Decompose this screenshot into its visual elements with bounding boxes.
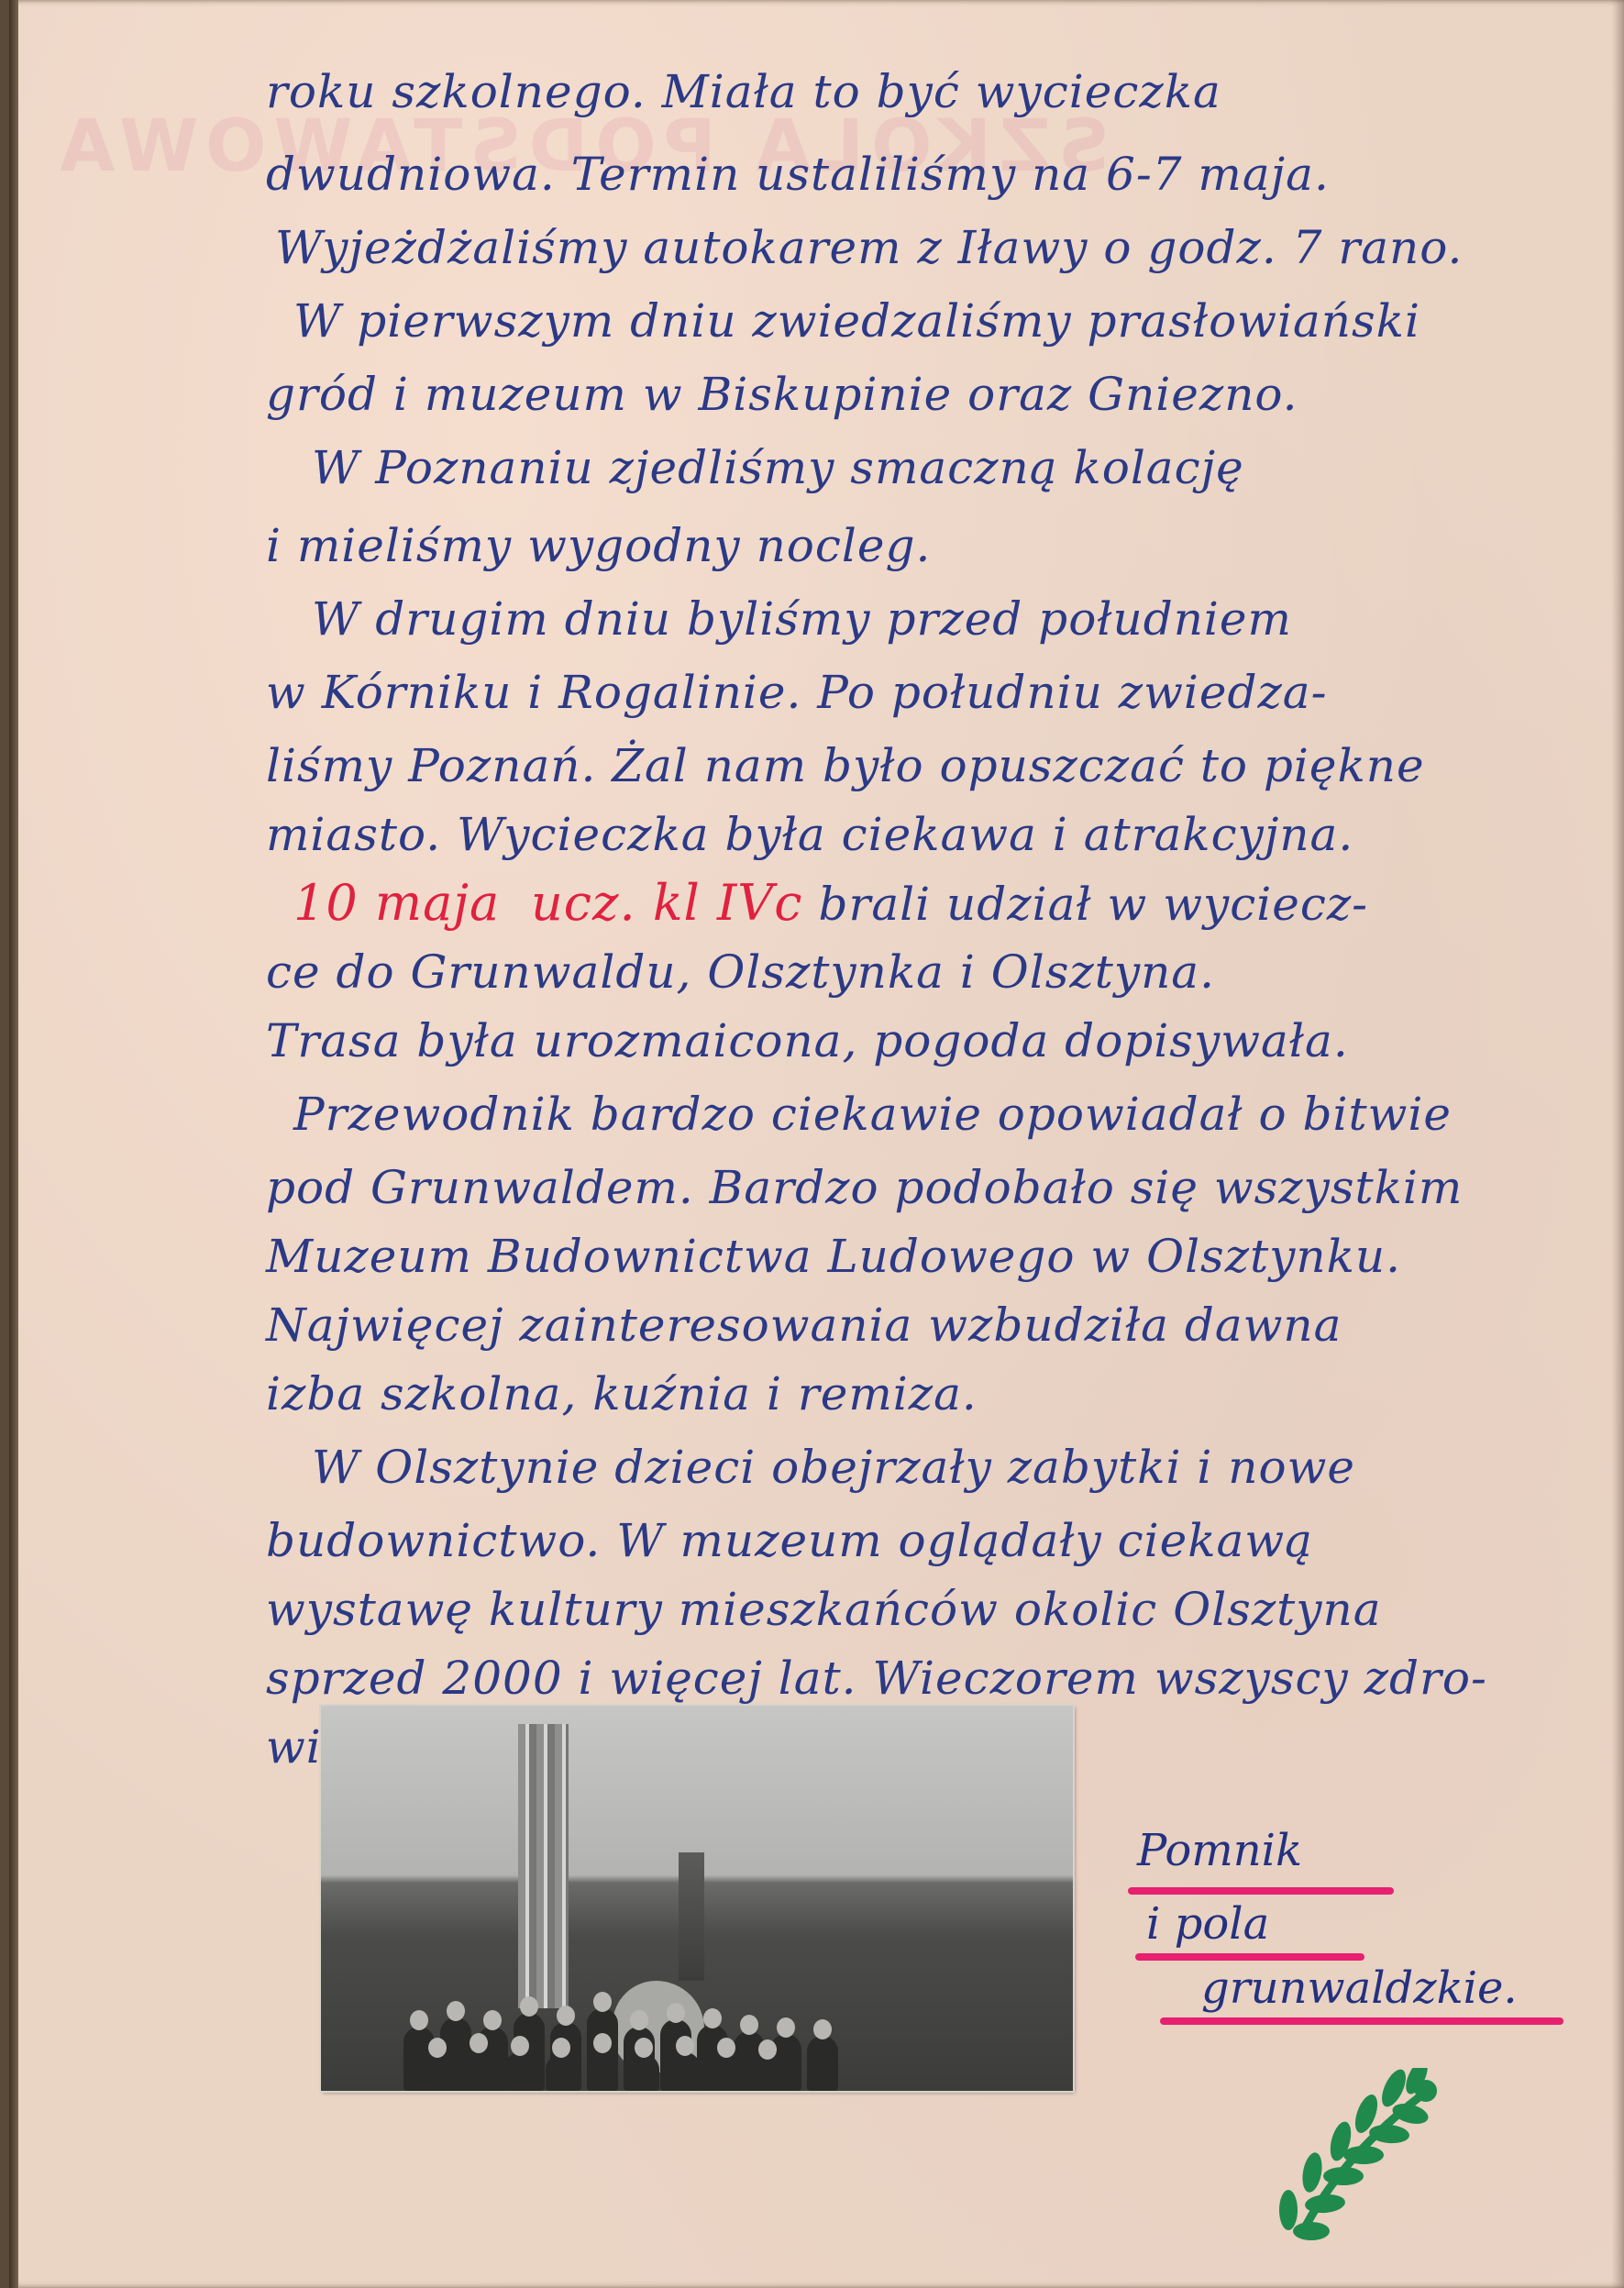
caption-line-3: grunwaldzkie. bbox=[1201, 1962, 1518, 2014]
handwritten-line: gród i muzeum w Biskupinie oraz Gniezno. bbox=[266, 367, 1298, 422]
handwritten-line: W drugim dniu byliśmy przed południem bbox=[312, 591, 1292, 647]
handwritten-line: miasto. Wycieczka była ciekawa i atrakcy… bbox=[266, 807, 1353, 862]
group-photo bbox=[321, 1706, 1073, 2091]
handwritten-line: pod Grunwaldem. Bardzo podobało się wszy… bbox=[266, 1160, 1463, 1215]
child-head bbox=[703, 2008, 722, 2028]
child-head bbox=[630, 2010, 648, 2030]
child-head bbox=[593, 1992, 612, 2012]
child-head bbox=[593, 2033, 612, 2053]
handwritten-line: Muzeum Budownictwa Ludowego w Olsztynku. bbox=[266, 1229, 1401, 1284]
child-figure bbox=[422, 2054, 453, 2091]
child-head bbox=[410, 2010, 428, 2030]
child-head bbox=[511, 2036, 529, 2056]
handwritten-line: w Kórniku i Rogalinie. Po południu zwied… bbox=[266, 665, 1328, 720]
handwritten-line: wystawę kultury mieszkańców okolic Olszt… bbox=[266, 1582, 1382, 1637]
leaf-sprig-icon bbox=[1238, 2068, 1449, 2251]
handwritten-line: ce do Grunwaldu, Olsztynka i Olsztyna. bbox=[266, 945, 1215, 1000]
child-head bbox=[447, 2001, 465, 2021]
page-fold-shadow bbox=[1611, 0, 1624, 2288]
photo-caption: Pomnik i pola grunwaldzkie. bbox=[1110, 1825, 1605, 2036]
child-figure bbox=[587, 2050, 618, 2091]
handwritten-line: Wyjeżdżaliśmy autokarem z Iławy o godz. … bbox=[275, 220, 1463, 275]
handwritten-line: i mieliśmy wygodny nocleg. bbox=[266, 518, 931, 573]
child-head bbox=[740, 2015, 758, 2035]
monument-tower bbox=[679, 1852, 704, 1981]
handwritten-line: W pierwszym dniu zwiedzaliśmy prasłowiań… bbox=[293, 293, 1420, 348]
child-head bbox=[635, 2038, 653, 2058]
entry-class: ucz. kl IVc bbox=[531, 874, 803, 932]
monument-pillars bbox=[518, 1724, 569, 2008]
child-head bbox=[428, 2038, 447, 2058]
caption-underline-2 bbox=[1135, 1953, 1364, 1961]
handwritten-line: roku szkolnego. Miała to być wycieczka bbox=[266, 64, 1221, 119]
handwritten-line: budownictwo. W muzeum oglądały ciekawą bbox=[266, 1513, 1313, 1568]
binding-edge bbox=[9, 0, 18, 2288]
entry-first-line-text: brali udział w wyciecz- bbox=[818, 878, 1368, 931]
child-head bbox=[483, 2010, 502, 2030]
handwritten-line: W Poznaniu zjedliśmy smaczną kolację bbox=[312, 440, 1244, 495]
handwritten-line: liśmy Poznań. Żal nam było opuszczać to … bbox=[266, 738, 1425, 793]
chronicle-page: SZKOLA PODSTAWOWA roku szkolnego. Miała … bbox=[9, 0, 1624, 2288]
caption-line-1: Pomnik bbox=[1137, 1825, 1302, 1876]
caption-underline-1 bbox=[1128, 1887, 1394, 1895]
child-figure bbox=[669, 2052, 701, 2091]
child-head bbox=[557, 2006, 575, 2026]
handwritten-line: Trasa była urozmaicona, pogoda dopisywał… bbox=[266, 1013, 1349, 1068]
child-figure bbox=[752, 2056, 783, 2091]
child-figure bbox=[504, 2052, 536, 2091]
child-figure bbox=[546, 2054, 577, 2091]
handwritten-line: Najwięcej zainteresowania wzbudziła dawn… bbox=[266, 1298, 1342, 1353]
child-figure bbox=[628, 2054, 659, 2091]
children-group bbox=[394, 1999, 871, 2091]
child-head bbox=[758, 2039, 777, 2060]
child-head bbox=[520, 1996, 538, 2017]
handwritten-line: izba szkolna, kuźnia i remiza. bbox=[266, 1366, 978, 1421]
caption-underline-3 bbox=[1160, 2017, 1563, 2025]
child-head bbox=[667, 2003, 685, 2023]
caption-line-2: i pola bbox=[1146, 1898, 1269, 1950]
child-figure bbox=[807, 2036, 838, 2091]
handwritten-line: W Olsztynie dzieci obejrzały zabytki i n… bbox=[312, 1440, 1355, 1495]
entry-header-line: 10 maja ucz. kl IVc brali udział w wycie… bbox=[293, 876, 1368, 932]
child-figure bbox=[711, 2054, 742, 2091]
handwritten-line: Przewodnik bardzo ciekawie opowiadał o b… bbox=[293, 1087, 1452, 1142]
handwritten-line: sprzed 2000 i więcej lat. Wieczorem wszy… bbox=[266, 1651, 1487, 1706]
child-head bbox=[813, 2019, 832, 2039]
child-head bbox=[717, 2038, 735, 2058]
child-head bbox=[777, 2017, 795, 2038]
child-head bbox=[470, 2033, 488, 2053]
handwritten-line: dwudniowa. Termin ustaliliśmy na 6-7 maj… bbox=[266, 147, 1330, 202]
child-figure bbox=[463, 2050, 494, 2091]
entry-date: 10 maja bbox=[293, 874, 500, 932]
child-head bbox=[552, 2038, 570, 2058]
child-head bbox=[676, 2036, 694, 2056]
